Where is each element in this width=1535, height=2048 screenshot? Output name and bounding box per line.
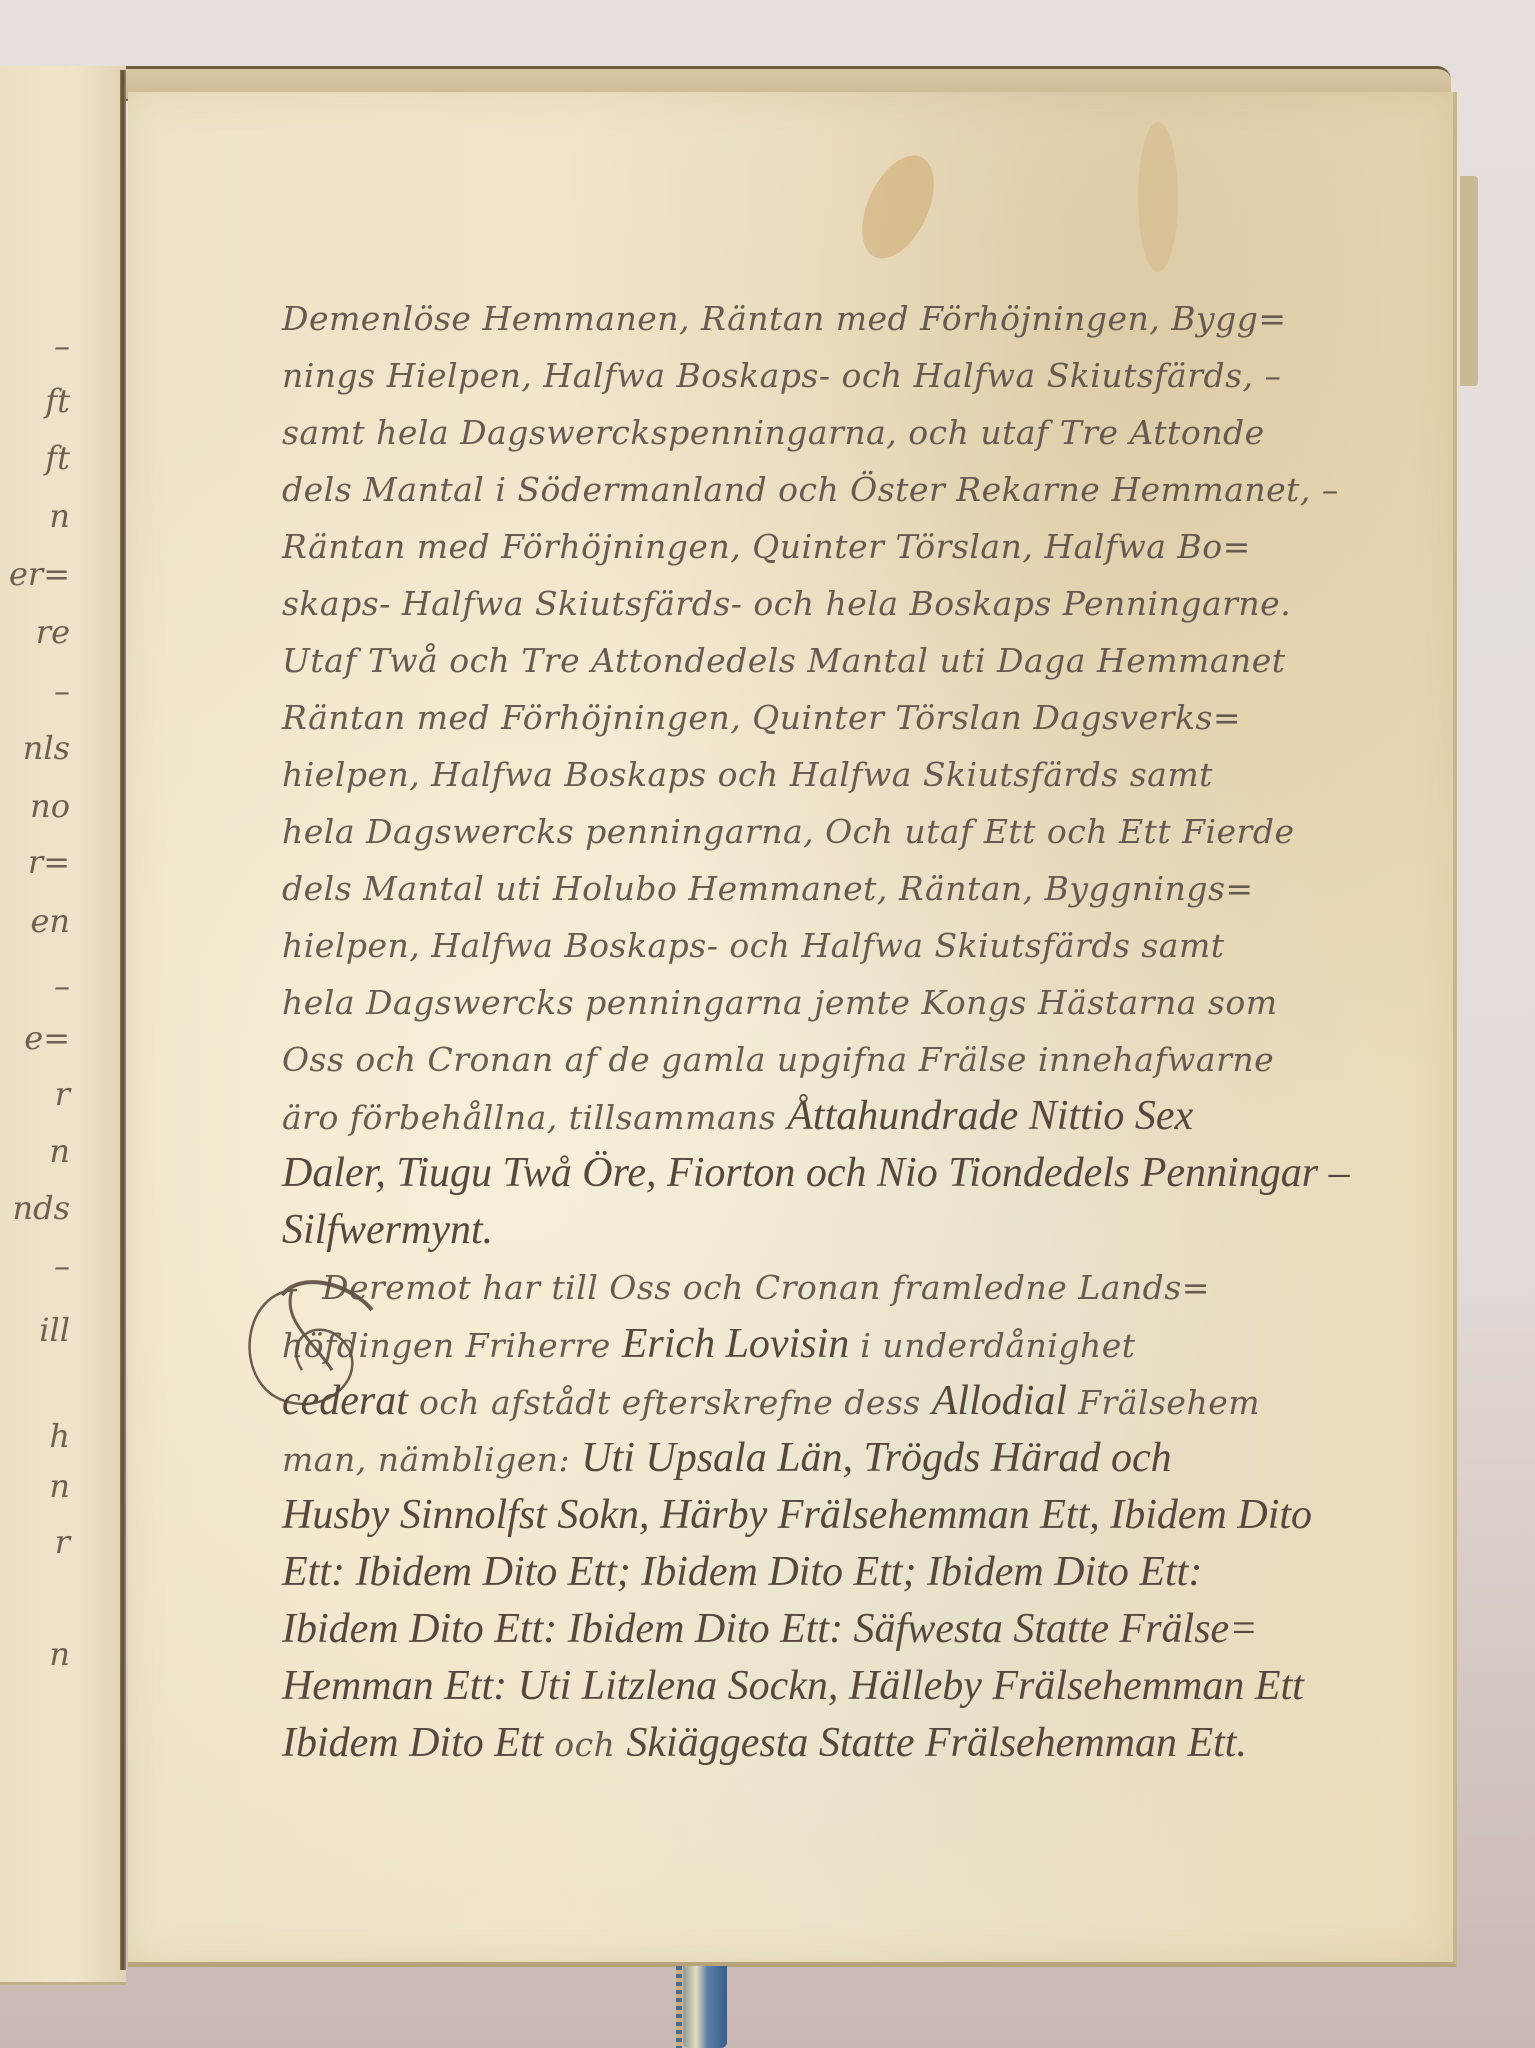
manuscript-line: Deremot har till Oss och Cronan framledn… [282,1259,1372,1316]
manuscript-line: Utaf Twå och Tre Attondedels Mantal uti … [282,632,1372,689]
manuscript-body: Demenlöse Hemmanen, Räntan med Förhöjnin… [282,290,1372,1772]
manuscript-line: cederat och afstådt efterskrefne dess Al… [282,1373,1372,1430]
page-edge-tab [1460,176,1478,386]
emphasized-place: Ibidem Dito Ett: Ibidem Dito Ett: Säfwes… [282,1606,1258,1652]
manuscript-line: hela Dagswercks penningarna jemte Kongs … [282,974,1372,1031]
manuscript-line: nings Hielpen, Halfwa Boskaps- och Halfw… [282,347,1372,404]
manuscript-line: Ett: Ibidem Dito Ett; Ibidem Dito Ett; I… [282,1544,1372,1601]
manuscript-line: hielpen, Halfwa Boskaps och Halfwa Skiut… [282,746,1372,803]
emphasized-amount: Åttahundrade Nittio Sex [787,1093,1193,1139]
manuscript-line: Husby Sinnolfst Sokn, Härby Frälsehemman… [282,1487,1372,1544]
manuscript-line: dels Mantal uti Holubo Hemmanet, Räntan,… [282,860,1372,917]
emphasized-place: Uti Upsala Län, Trögds Härad och [581,1435,1171,1481]
manuscript-line: höfdingen Friherre Erich Lovisin i under… [282,1316,1372,1373]
emphasized-currency: Silfwermynt. [282,1207,493,1253]
manuscript-line: Oss och Cronan af de gamla upgifna Fräls… [282,1031,1372,1088]
manuscript-line: Räntan med Förhöjningen, Quinter Törslan… [282,518,1372,575]
emphasized-place: Hemman Ett: Uti Litzlena Sockn, Hälleby … [282,1663,1304,1709]
manuscript-line: hela Dagswercks penningarna, Och utaf Et… [282,803,1372,860]
water-stain [1138,122,1178,272]
manuscript-line: Silfwermynt. [282,1202,1372,1259]
manuscript-line: hielpen, Halfwa Boskaps- och Halfwa Skiu… [282,917,1372,974]
bookmark-cord [676,1966,682,2048]
manuscript-line: dels Mantal i Södermanland och Öster Rek… [282,461,1372,518]
manuscript-line: Ibidem Dito Ett och Skiäggesta Statte Fr… [282,1715,1372,1772]
manuscript-line: Demenlöse Hemmanen, Räntan med Förhöjnin… [282,290,1372,347]
left-page: – ft ft n er= re – nls no r= en – e= r n… [0,66,126,1985]
emphasized-place: Husby Sinnolfst Sokn, Härby Frälsehemman… [282,1492,1312,1538]
manuscript-line: Daler, Tiugu Twå Öre, Fiorton och Nio Ti… [282,1145,1372,1202]
manuscript-line: Hemman Ett: Uti Litzlena Sockn, Hälleby … [282,1658,1372,1715]
emphasized-place: Ibidem Dito Ett [282,1720,543,1766]
emphasized-amount: Daler, Tiugu Twå Öre, Fiorton och Nio Ti… [282,1150,1350,1196]
emphasized-term: cederat [282,1378,408,1424]
water-stain [848,144,949,269]
emphasized-place: Skiäggesta Statte Frälsehemman Ett. [626,1720,1247,1766]
emphasized-term: Allodial [932,1378,1067,1424]
bookmark-ribbon-icon [683,1966,727,2048]
manuscript-line: samt hela Dagswerckspenningarna, och uta… [282,404,1372,461]
book-gutter [120,70,126,1970]
manuscript-line: Ibidem Dito Ett: Ibidem Dito Ett: Säfwes… [282,1601,1372,1658]
manuscript-line: Räntan med Förhöjningen, Quinter Törslan… [282,689,1372,746]
manuscript-line: man, nämbligen: Uti Upsala Län, Trögds H… [282,1430,1372,1487]
emphasized-place: Ett: Ibidem Dito Ett; Ibidem Dito Ett; I… [282,1549,1202,1595]
manuscript-line: skaps- Halfwa Skiutsfärds- och hela Bosk… [282,575,1372,632]
manuscript-line: äro förbehållna, tillsammans Åttahundrad… [282,1088,1372,1145]
emphasized-name: Erich Lovisin [622,1321,850,1367]
